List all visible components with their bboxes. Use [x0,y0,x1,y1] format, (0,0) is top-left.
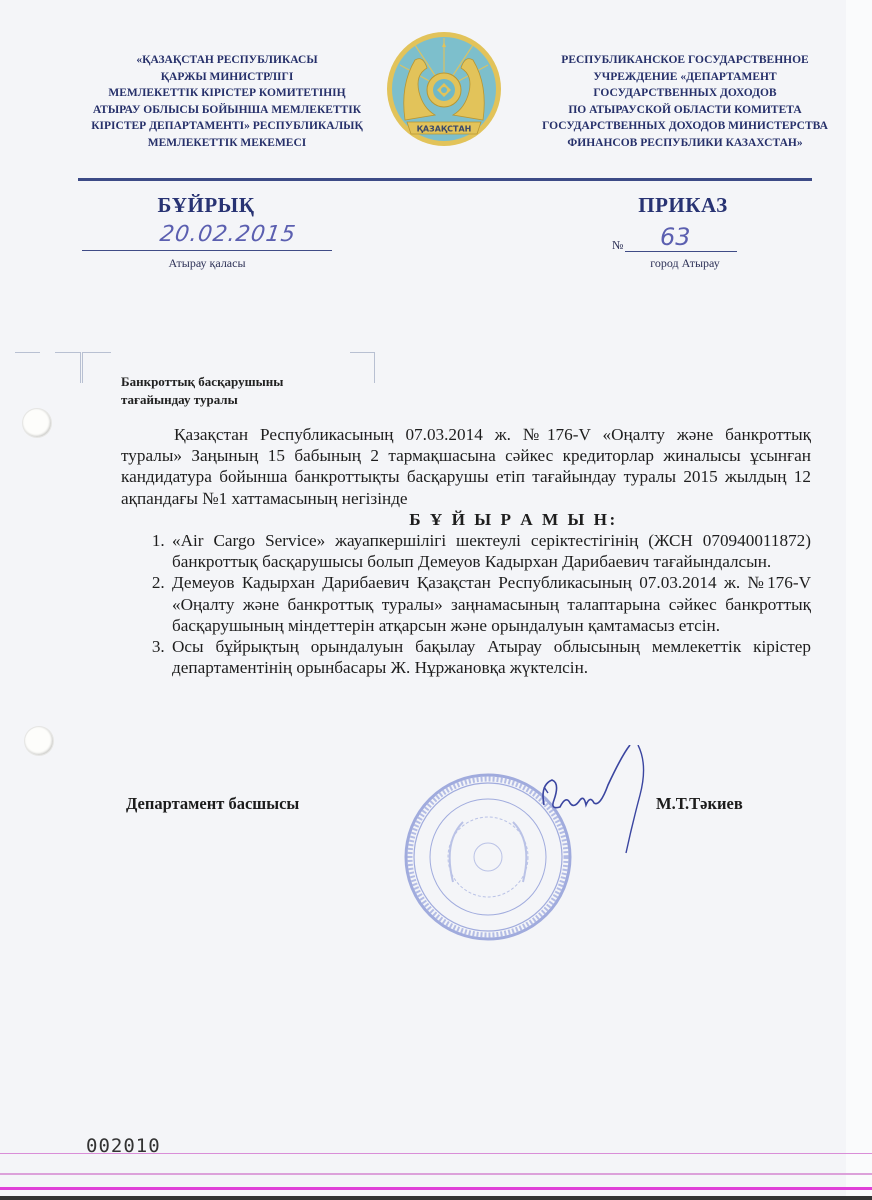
decree-heading: Б Ұ Й Ы Р А М Ы Н: [121,509,811,530]
header-left-line: АТЫРАУ ОБЛЫСЫ БОЙЫНША МЕМЛЕКЕТТІК [82,102,372,119]
header-left-line: «ҚАЗАҚСТАН РЕСПУБЛИКАСЫ [82,52,372,69]
header-russian-org: РЕСПУБЛИКАНСКОЕ ГОСУДАРСТВЕННОЕ УЧРЕЖДЕН… [530,52,840,151]
punch-hole [23,409,51,437]
signatory-position: Департамент басшысы [126,794,299,814]
header-right-line: ФИНАНСОВ РЕСПУБЛИКИ КАЗАХСТАН» [530,135,840,152]
date-underline [82,250,332,251]
punch-hole [25,727,53,755]
svg-text:ҚАЗАҚСТАН: ҚАЗАҚСТАН [417,125,472,134]
order-date-handwritten: 20.02.2015 [158,222,297,247]
header-right-line: РЕСПУБЛИКАНСКОЕ ГОСУДАРСТВЕННОЕ [530,52,840,69]
city-russian: город Атырау [610,256,760,271]
header-left-line: МЕМЛЕКЕТТІК КІРІСТЕР КОМИТЕТІНІҢ [82,85,372,102]
decree-item: Осы бұйрықтың орындалуын бақылау Атырау … [169,636,811,678]
header-kazakh-org: «ҚАЗАҚСТАН РЕСПУБЛИКАСЫ ҚАРЖЫ МИНИСТРЛІГ… [82,52,372,151]
scan-line [0,1153,872,1154]
corner-mark [15,352,40,353]
subject-line: Банкроттық басқарушыны [121,373,283,391]
header-right-line: УЧРЕЖДЕНИЕ «ДЕПАРТАМЕНТ [530,69,840,86]
order-title-kazakh: БҰЙРЫҚ [80,193,332,218]
scan-line [0,1187,872,1190]
corner-mark [350,352,375,383]
scan-line [0,1173,872,1175]
header-left-line: МЕМЛЕКЕТТІК МЕКЕМЕСІ [82,135,372,152]
subject-line: тағайындау туралы [121,391,283,409]
header-divider [78,178,812,181]
decree-items: «Air Cargo Service» жауапкершілігі шекте… [121,530,811,678]
document-page: «ҚАЗАҚСТАН РЕСПУБЛИКАСЫ ҚАРЖЫ МИНИСТРЛІГ… [0,0,872,1200]
scan-edge [0,1196,872,1200]
scan-margin [846,0,872,1200]
header-left-line: ҚАРЖЫ МИНИСТРЛІГІ [82,69,372,86]
decree-item: «Air Cargo Service» жауапкершілігі шекте… [169,530,811,572]
city-kazakh: Атырау қаласы [82,256,332,271]
header-right-line: ГОСУДАРСТВЕННЫХ ДОХОДОВ [530,85,840,102]
number-underline [625,251,737,252]
header-left-line: КІРІСТЕР ДЕПАРТАМЕНТІ» РЕСПУБЛИКАЛЫҚ [82,118,372,135]
signatory-name: М.Т.Тәкиев [656,794,743,814]
number-sign: № [612,238,623,253]
signature-icon [530,745,670,855]
corner-mark [82,352,111,383]
preamble: Қазақстан Республикасының 07.03.2014 ж. … [121,424,811,509]
order-body: Қазақстан Республикасының 07.03.2014 ж. … [121,424,811,678]
order-number-handwritten: 63 [660,223,691,251]
decree-item: Демеуов Кадырхан Дарибаевич Қазақстан Ре… [169,572,811,636]
state-emblem-icon: ҚАЗАҚСТАН [385,30,503,148]
order-subject: Банкроттық басқарушыны тағайындау туралы [121,373,283,409]
header-right-line: ПО АТЫРАУСКОЙ ОБЛАСТИ КОМИТЕТА [530,102,840,119]
header-right-line: ГОСУДАРСТВЕННЫХ ДОХОДОВ МИНИСТЕРСТВА [530,118,840,135]
corner-mark [55,352,81,383]
order-title-russian: ПРИКАЗ [608,193,758,218]
